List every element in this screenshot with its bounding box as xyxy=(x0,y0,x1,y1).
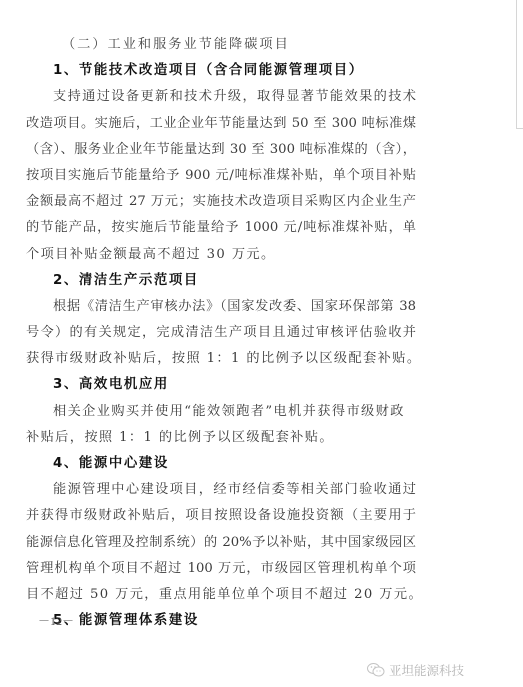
paragraph-line: 的节能产品，按实施后节能量给予 1000 元/吨标准煤补贴，单 xyxy=(26,215,416,241)
paragraph-line: 获得市级财政补贴后，按照 1：1 的比例予以区级配套补贴。 xyxy=(26,346,416,372)
paragraph-line: 根据《清洁生产审核办法》（国家发改委、国家环保部第 38 xyxy=(26,294,416,320)
item-heading: 2、清洁生产示范项目 xyxy=(26,268,416,294)
paragraph-line: 号令）的有关规定，完成清洁生产项目且通过审核评估验收并 xyxy=(26,320,416,346)
paragraph-line: 目不超过 50 万元，重点用能单位单个项目不超过 20 万元。 xyxy=(26,582,416,608)
paragraph-line: 管理机构单个项目不超过 100 万元，市级园区管理机构单个项 xyxy=(26,556,416,582)
page-edge-line xyxy=(516,128,523,129)
paragraph-line: （含）、服务业企业年节能量达到 30 至 300 吨标准煤的（含）， xyxy=(26,137,416,163)
item-heading: 5、能源管理体系建设 xyxy=(26,608,416,634)
document-page: （二）工业和服务业节能降碳项目 1、节能技术改造项目（含合同能源管理项目） 支持… xyxy=(26,32,416,634)
watermark: 亚坦能源科技 xyxy=(366,661,464,679)
paragraph-line: 改造项目。实施后，工业企业年节能量达到 50 至 300 吨标准煤 xyxy=(26,111,416,137)
section-title: （二）工业和服务业节能降碳项目 xyxy=(26,32,416,58)
paragraph-line: 按项目实施后节能量给予 900 元/吨标准煤补贴，单个项目补贴 xyxy=(26,163,416,189)
paragraph-line: 并获得市级财政补贴后，项目按照设备设施投资额（主要用于 xyxy=(26,503,416,529)
paragraph-line: 能源信息化管理及控制系统）的 20%予以补贴，其中国家级园区 xyxy=(26,530,416,556)
paragraph-line: 补贴后，按照 1：1 的比例予以区级配套补贴。 xyxy=(26,425,416,451)
item-heading: 4、能源中心建设 xyxy=(26,451,416,477)
paragraph-line: 能源管理中心建设项目，经市经信委等相关部门验收通过 xyxy=(26,477,416,503)
watermark-text: 亚坦能源科技 xyxy=(389,661,464,679)
item-heading: 1、节能技术改造项目（含合同能源管理项目） xyxy=(26,58,416,84)
wechat-icon xyxy=(366,662,386,678)
paragraph-line: 金额最高不超过 27 万元；实施技术改造项目采购区内企业生产 xyxy=(26,189,416,215)
page-number: －12－ xyxy=(38,612,74,629)
paragraph-line: 个项目补贴金额最高不超过 30 万元。 xyxy=(26,242,416,268)
item-heading: 3、高效电机应用 xyxy=(26,372,416,398)
paragraph-line: 相关企业购买并使用“能效领跑者”电机并获得市级财政 xyxy=(26,399,416,425)
page-edge-line xyxy=(516,0,517,128)
paragraph-line: 支持通过设备更新和技术升级，取得显著节能效果的技术 xyxy=(26,84,416,110)
